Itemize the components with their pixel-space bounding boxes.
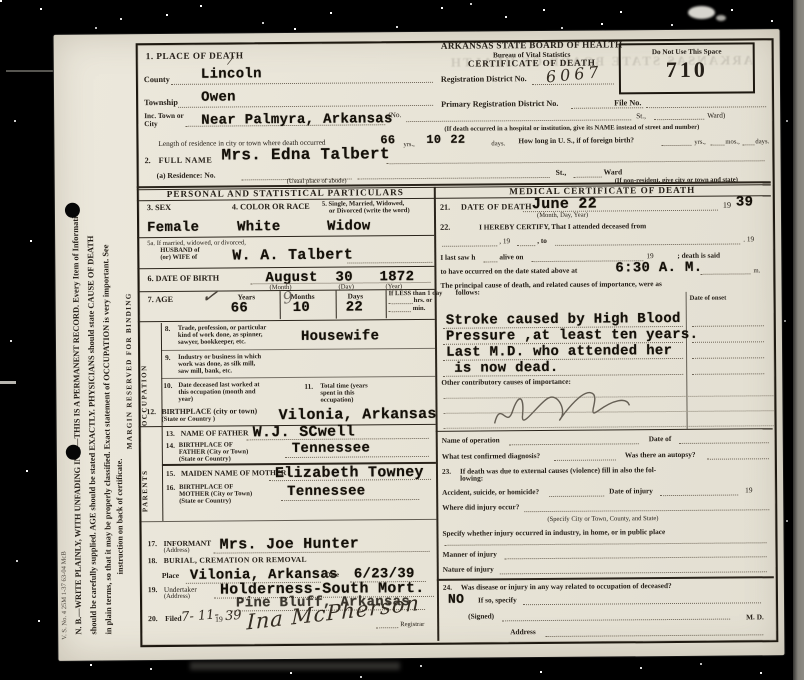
line bbox=[517, 245, 535, 246]
mother-label: MAIDEN NAME OF MOTHER bbox=[181, 469, 286, 478]
father-bp-number: 14. bbox=[166, 442, 175, 450]
registration-district-label: Registration District No. bbox=[441, 75, 527, 85]
line bbox=[389, 303, 413, 304]
age-min-note: min. bbox=[413, 305, 426, 312]
injury-date-label: Date of injury bbox=[609, 487, 653, 495]
marital-value: Widow bbox=[327, 218, 371, 234]
margin-form-number: V. S. No. 4 25M 1-37 63-04 McB bbox=[60, 435, 69, 640]
sex-value: Female bbox=[147, 220, 199, 236]
father-bp-label-3: (State or Country) bbox=[179, 455, 231, 463]
burial-label: BURIAL, CREMATION OR REMOVAL bbox=[164, 556, 307, 565]
age-years-value: 66 bbox=[231, 300, 249, 316]
principal-cause-label-2: follows: bbox=[456, 289, 480, 297]
time-of-death-value: 6:30 A. M. bbox=[615, 260, 702, 277]
punch-hole bbox=[66, 445, 81, 460]
specify-place-label: Specify whether injury occurred in indus… bbox=[442, 528, 665, 538]
do-not-use-label: Do Not Use This Space bbox=[621, 48, 753, 57]
undertaker-number: 19. bbox=[148, 586, 158, 594]
township-label: Township bbox=[144, 99, 178, 108]
certify-19a: , 19 bbox=[499, 237, 510, 245]
mother-birthplace-value: Tennessee bbox=[287, 483, 365, 500]
external-causes-label-2: lowing: bbox=[460, 475, 483, 483]
operation-date-label: Date of bbox=[649, 435, 672, 443]
undertaker-address-label: (Address) bbox=[164, 593, 190, 600]
saw-19-printed: 19 bbox=[646, 252, 653, 260]
burial-number: 18. bbox=[148, 557, 158, 565]
line bbox=[376, 627, 398, 628]
marital-label-2: or Divorced (write the word) bbox=[329, 207, 410, 215]
filed-year-handwritten: 39 bbox=[225, 608, 243, 624]
last-saw-label: I last saw h bbox=[440, 254, 475, 262]
punch-hole bbox=[65, 203, 80, 218]
alive-on-label: alive on bbox=[499, 253, 523, 261]
birthplace-number: 12. bbox=[146, 408, 156, 416]
mos2-label: mos., bbox=[725, 138, 739, 145]
parents-vertical-label: PARENTS bbox=[142, 442, 150, 512]
field8-number: 8. bbox=[165, 325, 171, 333]
death-year-value: 39 bbox=[736, 194, 754, 210]
yrs-label: yrs., bbox=[403, 141, 414, 148]
race-label: 4. COLOR OR RACE bbox=[232, 203, 310, 212]
accident-label: Accident, suicide, or homicide? bbox=[442, 488, 539, 497]
film-dash-left bbox=[0, 381, 16, 384]
residence-st-label: St., bbox=[556, 169, 567, 177]
if-so-specify-label: If so, specify bbox=[478, 596, 517, 604]
line bbox=[483, 261, 497, 262]
certify-label: That I attended deceased from bbox=[551, 222, 646, 231]
do-not-use-box: Do Not Use This Space 710 bbox=[619, 42, 755, 94]
county-label: County bbox=[144, 76, 170, 85]
manner-of-injury-label: Manner of injury bbox=[443, 550, 497, 558]
residence-months-value: 10 bbox=[426, 133, 441, 147]
mother-bp-label-3: (State or Country) bbox=[179, 497, 231, 505]
informant-address-label: (Address) bbox=[164, 547, 190, 554]
where-injury-label: Where did injury occur? bbox=[442, 503, 519, 511]
m-label: m. bbox=[753, 267, 760, 274]
birthplace-label-2: (State or Country ) bbox=[162, 416, 216, 424]
race-value: White bbox=[237, 219, 281, 235]
age-months-value: 10 bbox=[293, 300, 311, 316]
nature-of-injury-label: Nature of injury bbox=[443, 565, 494, 573]
occurred-label: to have occurred on the date stated abov… bbox=[440, 267, 577, 276]
film-smudge-bottom bbox=[190, 662, 400, 670]
mother-number: 15. bbox=[166, 470, 175, 478]
film-blob bbox=[688, 6, 715, 19]
filed-number: 20. bbox=[148, 615, 158, 623]
residence-no-label: (a) Residence: No. bbox=[157, 172, 216, 181]
md-label: M. D. bbox=[746, 613, 764, 621]
father-number: 13. bbox=[166, 430, 175, 438]
residence-ward-label: Ward bbox=[604, 168, 623, 176]
address-label: Address bbox=[510, 628, 535, 636]
specify-city-note: (Specify City or Town, County, and State… bbox=[547, 515, 658, 523]
signed-label: (Signed) bbox=[468, 612, 494, 620]
burial-place-label: Place bbox=[162, 572, 179, 580]
certify-19b: . 19 bbox=[743, 235, 754, 243]
certify-to: , to bbox=[537, 237, 547, 245]
operation-label: Name of operation bbox=[442, 436, 500, 444]
film-dash-top bbox=[6, 70, 54, 72]
date-of-onset-label: Date of onset bbox=[690, 295, 727, 302]
filed-date-handwritten: 7- 11- bbox=[181, 607, 220, 625]
line bbox=[742, 144, 754, 145]
margin-note-line3: in plain terms, so that it may be proper… bbox=[100, 129, 113, 634]
date-of-death-number: 21. bbox=[440, 204, 450, 213]
husband-value: W. A. Talbert bbox=[232, 247, 353, 265]
dob-label: 6. DATE OF BIRTH bbox=[147, 275, 219, 284]
sex-label: 3. SEX bbox=[147, 204, 171, 213]
yrs2-label: yrs., bbox=[694, 139, 705, 146]
cell-divider bbox=[280, 291, 281, 319]
fullname-label: FULL NAME bbox=[159, 157, 213, 166]
filed-label: Filed bbox=[165, 615, 182, 623]
date-of-death-label: DATE OF DEATH bbox=[461, 203, 532, 212]
line bbox=[710, 145, 724, 146]
cell-divider bbox=[336, 291, 337, 319]
township-value: Owen bbox=[201, 89, 236, 105]
how-long-us-label: How long in U. S., if of foreign birth? bbox=[518, 136, 634, 145]
line bbox=[389, 311, 411, 312]
field8-label-3: sawyer, bookkeeper, etc. bbox=[178, 338, 246, 346]
age-days-value: 22 bbox=[346, 299, 364, 315]
city-value: Near Palmyra, Arkansas bbox=[201, 111, 393, 129]
county-tick: ⁄ bbox=[230, 54, 232, 67]
injury-19-printed: 19 bbox=[745, 486, 752, 494]
margin-binding-note: MARGIN RESERVED FOR BINDING bbox=[125, 184, 135, 449]
external-causes-label-1: If death was due to external causes (vio… bbox=[460, 466, 656, 475]
field11-number: 11. bbox=[304, 383, 313, 391]
certify-label-bold: I HEREBY CERTIFY, bbox=[479, 223, 550, 231]
age-checkmark: ✓ bbox=[200, 285, 219, 309]
primary-registration-label: Primary Registration District No. bbox=[441, 100, 558, 110]
death-19-printed: 19 bbox=[723, 202, 731, 211]
husband-label-3: (or) WIFE of bbox=[160, 254, 197, 261]
film-blob-small bbox=[716, 15, 726, 21]
margin-note-line2: should be carefully supplied. AGE should… bbox=[85, 130, 98, 635]
father-label: NAME OF FATHER bbox=[181, 429, 249, 438]
death-said-label: ; death is said bbox=[677, 252, 720, 260]
external-causes-number: 23. bbox=[442, 468, 451, 476]
burial-date-label: Date bbox=[326, 572, 339, 579]
fullname-number: 2. bbox=[145, 157, 151, 166]
registrar-label: Registrar bbox=[400, 621, 424, 628]
father-birthplace-value: Tennessee bbox=[292, 440, 370, 457]
file-no-label: File No. bbox=[614, 99, 641, 108]
field11-label-3: occupation) bbox=[320, 397, 353, 404]
field10-number: 10. bbox=[163, 382, 172, 390]
margin-note-line4: instruction on back of certificate. bbox=[115, 389, 125, 574]
autopsy-label: Was there an autopsy? bbox=[625, 451, 696, 459]
days2-label: days. bbox=[755, 138, 769, 145]
city-label2: City bbox=[144, 120, 157, 128]
death-certificate: V. S. No. 4 25M 1-37 63-04 McB N. B.—WRI… bbox=[54, 29, 785, 661]
test-label: What test confirmed diagnosis? bbox=[442, 452, 540, 461]
fullname-value: Mrs. Edna Talbert bbox=[221, 145, 389, 164]
occupation-related-number: 24. bbox=[443, 584, 452, 592]
occupation-related-label: Was disease or injury in any way related… bbox=[461, 582, 672, 592]
street-no-label: (No. bbox=[388, 111, 401, 119]
county-value: Lincoln bbox=[201, 66, 262, 82]
informant-number: 17. bbox=[148, 540, 158, 548]
filed-19-printed: 19 bbox=[215, 616, 223, 624]
birthplace-value: Vilonia, Arkansas bbox=[278, 406, 436, 424]
street-label: St., bbox=[636, 112, 646, 120]
occupation-value: Housewife bbox=[301, 328, 379, 345]
film-strip-right bbox=[793, 0, 804, 680]
mother-bp-number: 16. bbox=[166, 484, 175, 492]
field9-label-3: saw mill, bank, etc. bbox=[178, 367, 232, 375]
residence-days-value: 22 bbox=[450, 133, 465, 147]
film-speckles bbox=[0, 0, 2, 2]
certify-number: 22. bbox=[440, 224, 450, 233]
field10-label-3: year) bbox=[178, 396, 193, 403]
age-label: 7. AGE bbox=[148, 296, 174, 305]
ward-label: Ward) bbox=[707, 112, 725, 120]
certificate-number: 710 bbox=[621, 57, 753, 82]
days-label: days. bbox=[491, 140, 505, 147]
occupation-related-answer: NO bbox=[448, 592, 464, 607]
field9-number: 9. bbox=[165, 354, 171, 362]
age-hrs-note: hrs. or bbox=[414, 297, 433, 304]
cell-divider bbox=[386, 290, 387, 318]
mdy-note: (Month, Day, Year) bbox=[537, 212, 588, 220]
